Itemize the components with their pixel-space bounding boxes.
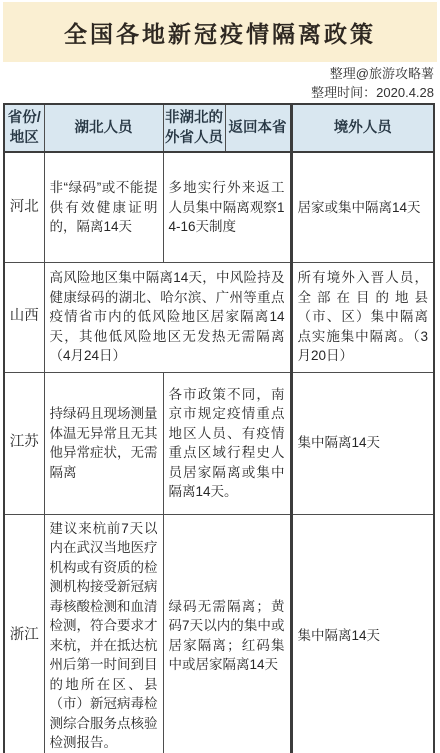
overseas-policy-cell: 所有境外入晋人员，全部在目的地县（市、区）集中隔离点实施集中隔离。（3月20日） bbox=[291, 262, 434, 372]
column-header-overseas-people: 境外人员 bbox=[291, 104, 434, 152]
hubei-policy-cell: 非“绿码”或不能提供有效健康证明的，隔离14天 bbox=[44, 152, 163, 262]
overseas-policy-cell: 居家或集中隔离14天 bbox=[291, 152, 434, 262]
non-hubei-return-policy-cell: 多地实行外来返工人员集中隔离观察14-16天制度 bbox=[163, 152, 291, 262]
province-cell: 山西 bbox=[4, 262, 44, 372]
hubei-policy-cell: 持绿码且现场测量体温无异常且无其他异常症状，无需隔离 bbox=[44, 372, 163, 514]
page: 全国各地新冠疫情隔离政策 整理@旅游攻略薯 整理时间：2020.4.28 省份/… bbox=[0, 0, 440, 753]
table-body: 河北 非“绿码”或不能提供有效健康证明的，隔离14天 多地实行外来返工人员集中隔… bbox=[4, 152, 434, 753]
table-row-jiangsu: 江苏 持绿码且现场测量体温无异常且无其他异常症状，无需隔离 各市政策不同，南京市… bbox=[4, 372, 434, 514]
table-row-hebei: 河北 非“绿码”或不能提供有效健康证明的，隔离14天 多地实行外来返工人员集中隔… bbox=[4, 152, 434, 262]
page-title: 全国各地新冠疫情隔离政策 bbox=[64, 16, 376, 49]
credit-author: 整理@旅游攻略薯 bbox=[0, 64, 434, 83]
overseas-policy-cell: 集中隔离14天 bbox=[291, 372, 434, 514]
province-cell: 浙江 bbox=[4, 514, 44, 753]
policy-table: 省份/地区 湖北人员 非湖北的外省人员 返回本省 境外人员 河北 非“绿码”或不… bbox=[3, 103, 435, 753]
overseas-policy-cell: 集中隔离14天 bbox=[291, 514, 434, 753]
column-header-hubei-people: 湖北人员 bbox=[44, 104, 163, 152]
header-row: 省份/地区 湖北人员 非湖北的外省人员 返回本省 境外人员 bbox=[4, 104, 434, 152]
domestic-all-policy-cell: 高风险地区集中隔离14天，中风险持及健康绿码的湖北、哈尔滨、广州等重点疫情省市内… bbox=[44, 262, 291, 372]
column-header-non-hubei-people: 非湖北的外省人员 bbox=[163, 104, 225, 152]
credit-date: 整理时间：2020.4.28 bbox=[0, 83, 434, 102]
table-row-shanxi: 山西 高风险地区集中隔离14天，中风险持及健康绿码的湖北、哈尔滨、广州等重点疫情… bbox=[4, 262, 434, 372]
province-cell: 河北 bbox=[4, 152, 44, 262]
non-hubei-return-policy-cell: 绿码无需隔离；黄码7天以内的集中或居家隔离；红码集中或居家隔离14天 bbox=[163, 514, 291, 753]
column-header-province: 省份/地区 bbox=[4, 104, 44, 152]
hubei-policy-cell: 建议来杭前7天以内在武汉当地医疗机构或有资质的检测机构接受新冠病毒核酸检测和血清… bbox=[44, 514, 163, 753]
credit-block: 整理@旅游攻略薯 整理时间：2020.4.28 bbox=[0, 62, 440, 103]
column-header-return-province: 返回本省 bbox=[225, 104, 291, 152]
table-header: 省份/地区 湖北人员 非湖北的外省人员 返回本省 境外人员 bbox=[4, 104, 434, 152]
title-banner: 全国各地新冠疫情隔离政策 bbox=[3, 2, 437, 62]
province-cell: 江苏 bbox=[4, 372, 44, 514]
non-hubei-return-policy-cell: 各市政策不同，南京市规定疫情重点地区人员、有疫情重点区域行程史人员居家隔离或集中… bbox=[163, 372, 291, 514]
table-row-zhejiang: 浙江 建议来杭前7天以内在武汉当地医疗机构或有资质的检测机构接受新冠病毒核酸检测… bbox=[4, 514, 434, 753]
